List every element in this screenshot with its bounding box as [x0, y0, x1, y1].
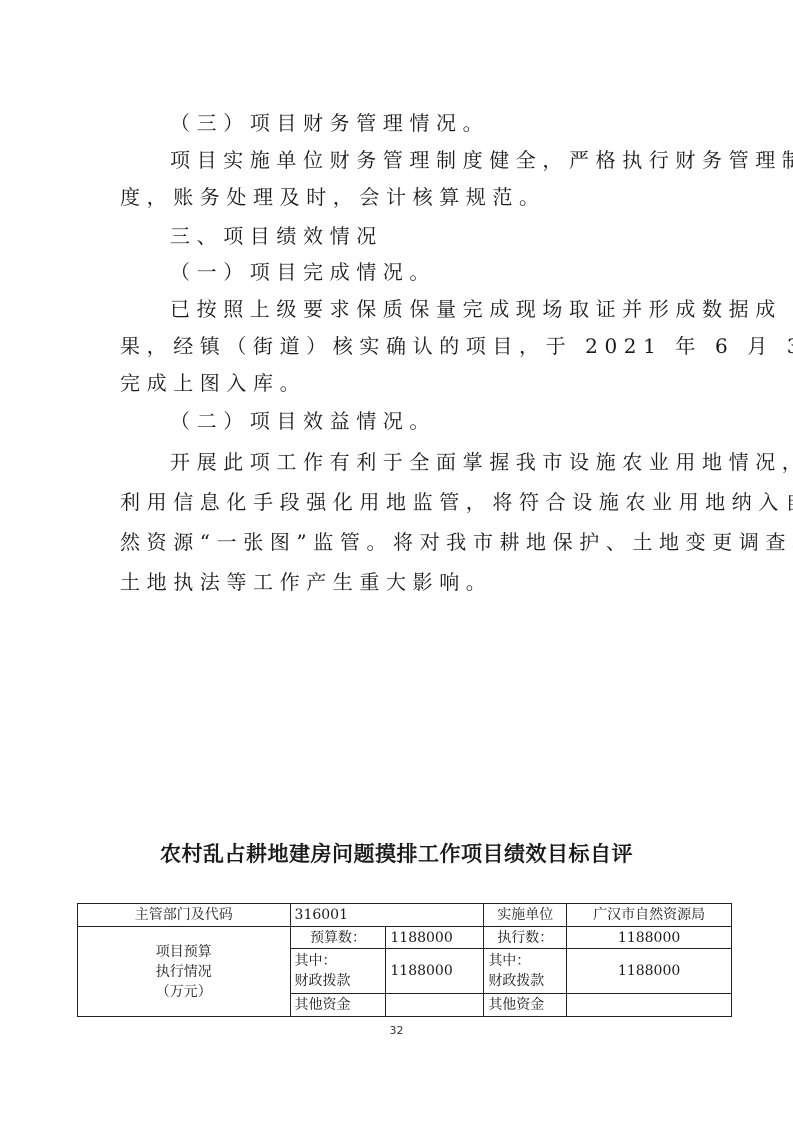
fiscal-label-line1: 其中： [488, 951, 562, 971]
paragraph-line: 项目实施单位财务管理制度健全，严格执行财务管理制 [170, 147, 680, 173]
subsection-heading-completion: （一）项目完成情况。 [170, 259, 680, 285]
performance-table: 主管部门及代码 316001 实施单位 广汉市自然资源局 项目预算 执行情况 （… [77, 903, 732, 1017]
paragraph-line: 果，经镇（街道）核实确认的项目，于 2021 年 6 月 30 日前 [120, 333, 680, 359]
other-funds-budget-label-cell: 其他资金 [290, 994, 386, 1017]
other-funds-exec-label-cell: 其他资金 [484, 994, 567, 1017]
paragraph-line: 开展此项工作有利于全面掌握我市设施农业用地情况， [170, 449, 680, 475]
impl-unit-label-cell: 实施单位 [484, 904, 567, 927]
dept-code-cell: 316001 [290, 904, 484, 927]
budget-label-cell: 预算数： [290, 927, 386, 949]
fiscal-label-line2: 财政拨款 [295, 971, 382, 991]
paragraph-line: 完成上图入库。 [120, 370, 680, 396]
paragraph-line: 度，账务处理及时，会计核算规范。 [120, 184, 680, 210]
exec-value-cell: 1188000 [567, 927, 732, 949]
page-number: 32 [0, 1024, 793, 1037]
budget-section-label-line1: 项目预算 [82, 942, 286, 962]
budget-section-label-line2: 执行情况 [82, 962, 286, 982]
paragraph-line: 利用信息化手段强化用地监管，将符合设施农业用地纳入自 [120, 489, 680, 515]
fiscal-budget-value-cell: 1188000 [386, 949, 484, 994]
fiscal-budget-label-cell: 其中： 财政拨款 [290, 949, 386, 994]
table-title: 农村乱占耕地建房问题摸排工作项目绩效目标自评 [0, 838, 793, 868]
fiscal-label-line2: 财政拨款 [488, 971, 562, 991]
impl-unit-value-cell: 广汉市自然资源局 [567, 904, 732, 927]
paragraph-line: 土地执法等工作产生重大影响。 [120, 569, 680, 595]
fiscal-label-line1: 其中： [295, 951, 382, 971]
section-heading-performance: 三、项目绩效情况 [170, 223, 680, 249]
fiscal-exec-value-cell: 1188000 [567, 949, 732, 994]
other-funds-budget-value-cell [386, 994, 484, 1017]
fiscal-exec-label-cell: 其中： 财政拨款 [484, 949, 567, 994]
other-funds-exec-value-cell [567, 994, 732, 1017]
dept-label-cell: 主管部门及代码 [78, 904, 291, 927]
subsection-heading-benefit: （二）项目效益情况。 [170, 408, 680, 434]
budget-value-cell: 1188000 [386, 927, 484, 949]
paragraph-line: 然资源“一张图”监管。将对我市耕地保护、土地变更调查、 [120, 529, 680, 555]
paragraph-line: 已按照上级要求保质保量完成现场取证并形成数据成 [170, 296, 680, 322]
budget-section-label-line3: （万元） [82, 982, 286, 1002]
section-heading-finance: （三）项目财务管理情况。 [170, 110, 680, 136]
budget-section-label-cell: 项目预算 执行情况 （万元） [78, 927, 291, 1017]
exec-label-cell: 执行数： [484, 927, 567, 949]
